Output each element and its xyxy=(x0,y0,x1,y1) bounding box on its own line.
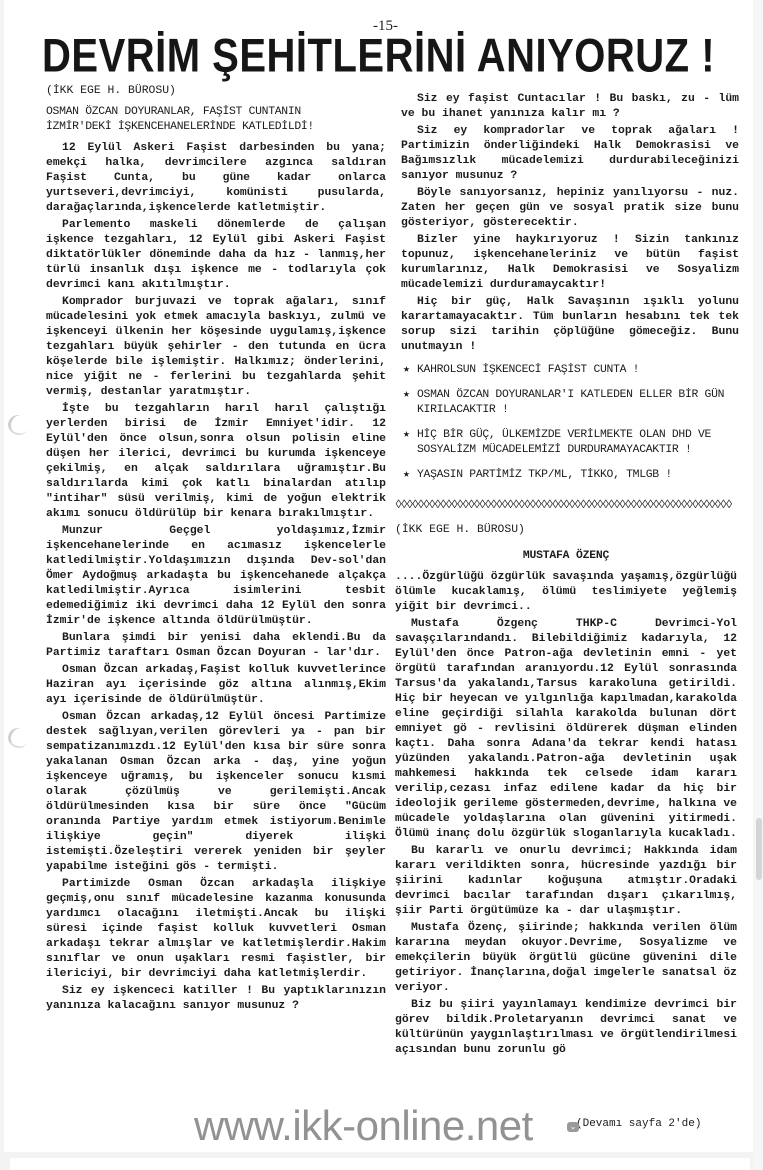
paragraph: Siz ey işkenceci katiller ! Bu yaptıklar… xyxy=(46,984,386,1014)
paragraph: Partimizde Osman Özcan arkadaşla ilişkiy… xyxy=(46,877,386,982)
star-icon: ★ xyxy=(403,388,410,403)
subhead-line-2: İZMİR'DEKİ İŞKENCEHANELERİNDE KATLEDİLDİ… xyxy=(46,121,314,133)
paragraph: Mustafa Özenç, şiirinde; hakkında verile… xyxy=(395,921,737,996)
paragraph: Munzur Geçgel yoldaşımız,İzmir işkenceha… xyxy=(46,524,386,629)
paragraph: Mustafa Özgenç THKP-C Devrimci-Yol savaş… xyxy=(395,617,737,842)
paragraph: Hiç bir güç, Halk Savaşının ışıklı yolun… xyxy=(401,295,739,355)
paragraph: Osman Özcan arkadaş,12 Eylül öncesi Part… xyxy=(46,710,386,875)
slogan-item: ★KAHROLSUN İŞKENCECİ FAŞİST CUNTA ! xyxy=(401,363,739,378)
slogan-item: ★YAŞASIN PARTİMİZ TKP/ML, TİKKO, TMLGB ! xyxy=(401,468,739,483)
star-icon: ★ xyxy=(403,363,410,378)
star-icon: ★ xyxy=(403,428,410,443)
paragraph: Bu kararlı ve onurlu devrimci; Hakkında … xyxy=(395,844,737,919)
paragraph: Komprador burjuvazi ve toprak ağaları, s… xyxy=(46,295,386,400)
article-right-column: Siz ey faşist Cuntacılar ! Bu baskı, zu … xyxy=(401,92,739,493)
article-subhead: OSMAN ÖZCAN DOYURANLAR, FAŞİST CUNTANIN … xyxy=(46,105,386,135)
slogan-item: ★OSMAN ÖZCAN DOYURANLAR'I KATLEDEN ELLER… xyxy=(401,388,739,418)
paragraph: Osman Özcan arkadaş,Faşist kolluk kuvvet… xyxy=(46,663,386,708)
martyr-name-title: MUSTAFA ÖZENÇ xyxy=(395,550,737,562)
continued-note: (Devamı sayfa 2'de) xyxy=(576,1118,701,1130)
paragraph: Bizler yine haykırıyoruz ! Sizin tankını… xyxy=(401,233,739,293)
star-icon: ★ xyxy=(403,468,410,483)
document-viewer: -15- DEVRİM ŞEHİTLERİNİ ANIYORUZ ! (İKK … xyxy=(0,0,763,1170)
paragraph: Biz bu şiiri yayınlamayı kendimize devri… xyxy=(395,998,737,1058)
paragraph: Bunlara şimdi bir yenisi daha eklendi.Bu… xyxy=(46,631,386,661)
paragraph: 12 Eylül Askeri Faşist darbesinden bu ya… xyxy=(46,141,386,216)
paragraph: Siz ey kompradorlar ve toprak ağaları ! … xyxy=(401,124,739,184)
paragraph: Siz ey faşist Cuntacılar ! Bu baskı, zu … xyxy=(401,92,739,122)
scanned-page: -15- DEVRİM ŞEHİTLERİNİ ANIYORUZ ! (İKK … xyxy=(4,0,753,1152)
ornamental-divider: ◊◊◊◊◊◊◊◊◊◊◊◊◊◊◊◊◊◊◊◊◊◊◊◊◊◊◊◊◊◊◊◊◊◊◊◊◊◊◊◊… xyxy=(395,498,737,512)
paragraph: ....Özgürlüğü özgürlük savaşında yaşamış… xyxy=(395,570,737,615)
slogan-list: ★KAHROLSUN İŞKENCECİ FAŞİST CUNTA ! ★OSM… xyxy=(401,363,739,483)
paragraph: İşte bu tezgahların harıl harıl çalıştığ… xyxy=(46,402,386,522)
subhead-line-1: OSMAN ÖZCAN DOYURANLAR, FAŞİST CUNTANIN xyxy=(46,106,301,118)
article-2-body: ....Özgürlüğü özgürlük savaşında yaşamış… xyxy=(395,570,737,1060)
next-page-edge xyxy=(10,1158,750,1170)
watermark: www.ikk-online.net xyxy=(194,1102,533,1150)
chevron-down-icon[interactable]: ⌄ xyxy=(567,1122,579,1132)
scrollbar-thumb[interactable] xyxy=(756,818,762,880)
bureau-label-2: (İKK EGE H. BÜROSU) xyxy=(395,524,525,536)
slogan-item: ★HİÇ BİR GÜÇ, ÜLKEMİZDE VERİLMEKTE OLAN … xyxy=(401,428,739,458)
article-left-column: (İKK EGE H. BÜROSU) OSMAN ÖZCAN DOYURANL… xyxy=(46,84,386,1016)
page-headline: DEVRİM ŞEHİTLERİNİ ANIYORUZ ! xyxy=(42,30,742,83)
paragraph: Parlemento maskeli dönemlerde de çalışan… xyxy=(46,218,386,293)
bureau-label: (İKK EGE H. BÜROSU) xyxy=(46,84,386,99)
scrollbar[interactable] xyxy=(753,0,763,1170)
paragraph: Böyle sanıyorsanız, hepiniz yanılıyorsu … xyxy=(401,186,739,231)
